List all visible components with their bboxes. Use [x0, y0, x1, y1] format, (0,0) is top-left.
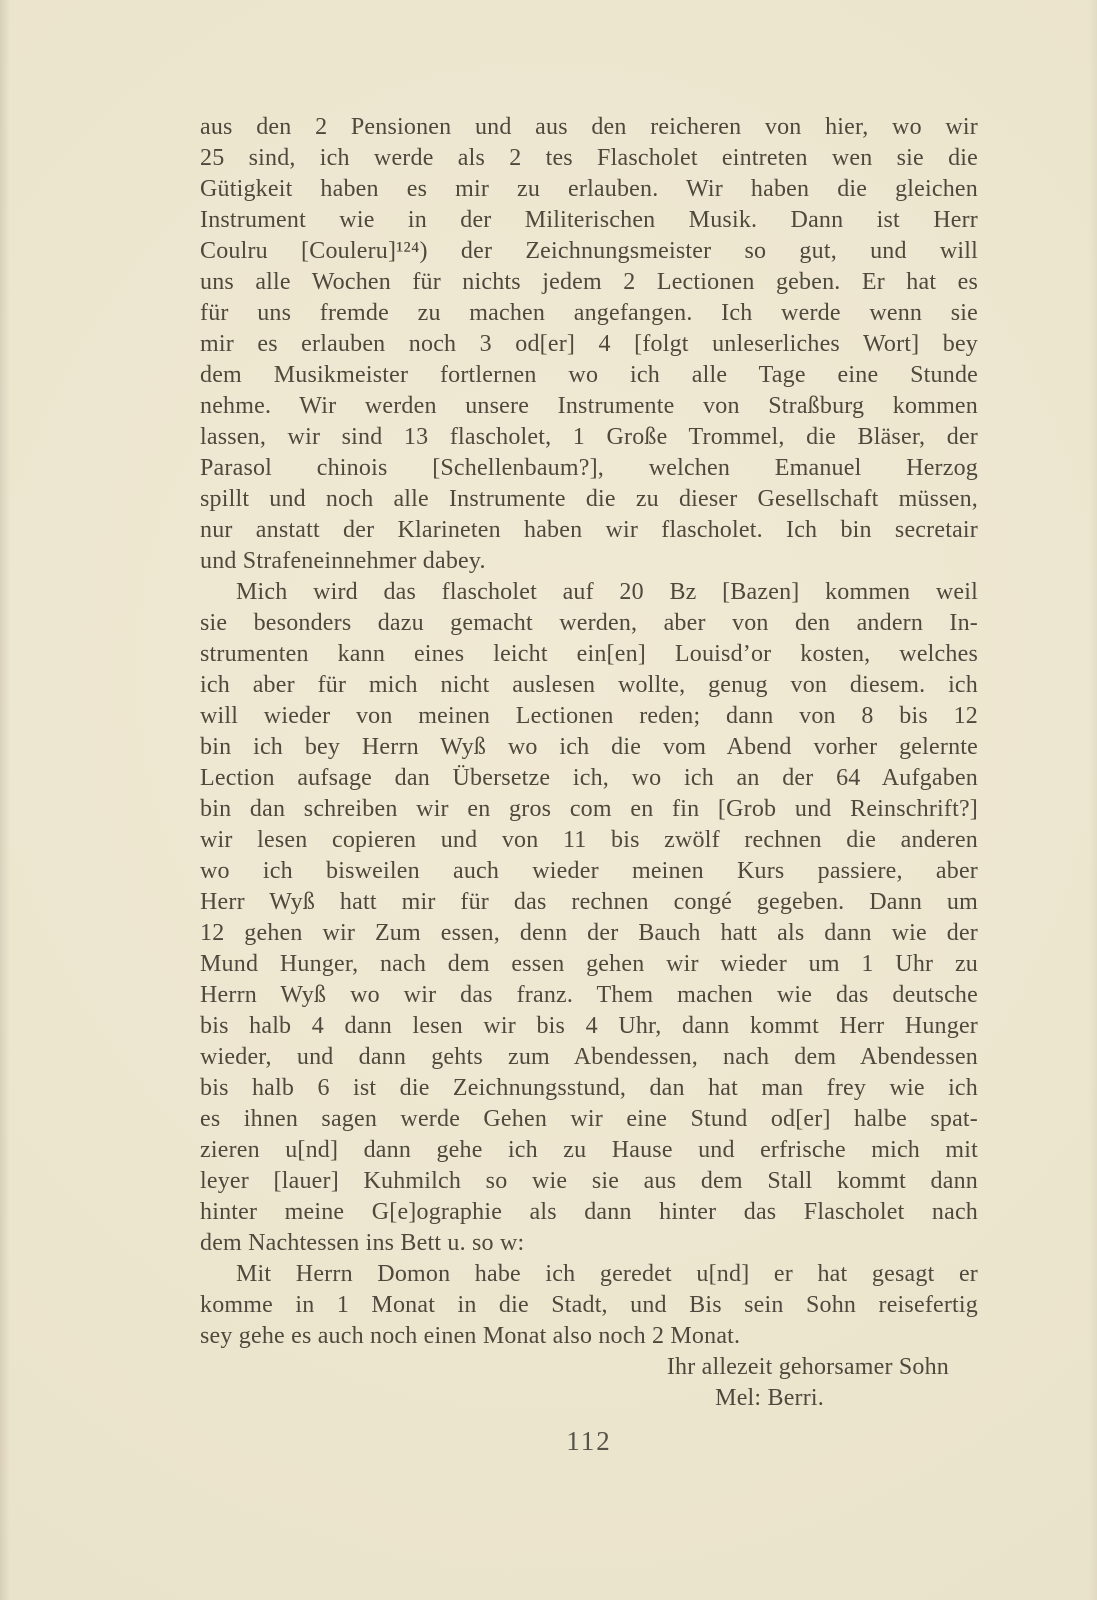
letter-line: zieren u[nd] dann gehe ich zu Hause und … [200, 1135, 978, 1166]
letter-line: sey gehe es auch noch einen Monat also n… [200, 1321, 978, 1352]
letter-line: es ihnen sagen werde Gehen wir eine Stun… [200, 1104, 978, 1135]
letter-line: Mit Herrn Domon habe ich geredet u[nd] e… [200, 1259, 978, 1290]
letter-line: sie besonders dazu gemacht werden, aber … [200, 608, 978, 639]
letter-line: uns alle Wochen für nichts jedem 2 Lecti… [200, 267, 978, 298]
letter-line: Parasol chinois [Schellenbaum?], welchen… [200, 453, 978, 484]
letter-line: bin dan schreiben wir en gros com en fin… [200, 794, 978, 825]
letter-line: spillt und noch alle Instrumente die zu … [200, 484, 978, 515]
letter-line: wo ich bisweilen auch wieder meinen Kurs… [200, 856, 978, 887]
letter-line: dem Nachtessen ins Bett u. so w: [200, 1228, 978, 1259]
letter-line: Lection aufsage dan Übersetze ich, wo ic… [200, 763, 978, 794]
letter-line: hinter meine G[e]ographie als dann hinte… [200, 1197, 978, 1228]
letter-line: 25 sind, ich werde als 2 tes Flascholet … [200, 143, 978, 174]
letter-line: Instrument wie in der Militerischen Musi… [200, 205, 978, 236]
letter-line: Gütigkeit haben es mir zu erlauben. Wir … [200, 174, 978, 205]
page-number: 112 [200, 1426, 978, 1457]
letter-line: ich aber für mich nicht auslesen wollte,… [200, 670, 978, 701]
letter-line: nur anstatt der Klarineten haben wir fla… [200, 515, 978, 546]
letter-line: 12 gehen wir Zum essen, denn der Bauch h… [200, 918, 978, 949]
letter-line: komme in 1 Monat in die Stadt, und Bis s… [200, 1290, 978, 1321]
letter-line: lassen, wir sind 13 flascholet, 1 Große … [200, 422, 978, 453]
letter-body: aus den 2 Pensionen und aus den reichere… [200, 112, 978, 1414]
letter-line: mir es erlauben noch 3 od[er] 4 [folgt u… [200, 329, 978, 360]
letter-line: Coulru [Couleru]¹²⁴) der Zeichnungsmeist… [200, 236, 978, 267]
letter-line: strumenten kann eines leicht ein[en] Lou… [200, 639, 978, 670]
letter-line: Herr Wyß hatt mir für das rechnen congé … [200, 887, 978, 918]
signature-name: Mel: Berri. [200, 1383, 978, 1414]
signature-closing: Ihr allezeit gehorsamer Sohn [200, 1352, 978, 1383]
letter-line: bin ich bey Herrn Wyß wo ich die vom Abe… [200, 732, 978, 763]
letter-line: will wieder von meinen Lectionen reden; … [200, 701, 978, 732]
letter-line: wir lesen copieren und von 11 bis zwölf … [200, 825, 978, 856]
letter-line: wieder, und dann gehts zum Abendessen, n… [200, 1042, 978, 1073]
letter-line: leyer [lauer] Kuhmilch so wie sie aus de… [200, 1166, 978, 1197]
letter-line: Mich wird das flascholet auf 20 Bz [Baze… [200, 577, 978, 608]
letter-line: bis halb 4 dann lesen wir bis 4 Uhr, dan… [200, 1011, 978, 1042]
letter-line: bis halb 6 ist die Zeichnungsstund, dan … [200, 1073, 978, 1104]
letter-line: aus den 2 Pensionen und aus den reichere… [200, 112, 978, 143]
letter-line: für uns fremde zu machen angefangen. Ich… [200, 298, 978, 329]
letter-line: Mund Hunger, nach dem essen gehen wir wi… [200, 949, 978, 980]
letter-line: Herrn Wyß wo wir das franz. Them machen … [200, 980, 978, 1011]
letter-line: und Strafeneinnehmer dabey. [200, 546, 978, 577]
letter-line: dem Musikmeister fortlernen wo ich alle … [200, 360, 978, 391]
letter-line: nehme. Wir werden unsere Instrumente von… [200, 391, 978, 422]
